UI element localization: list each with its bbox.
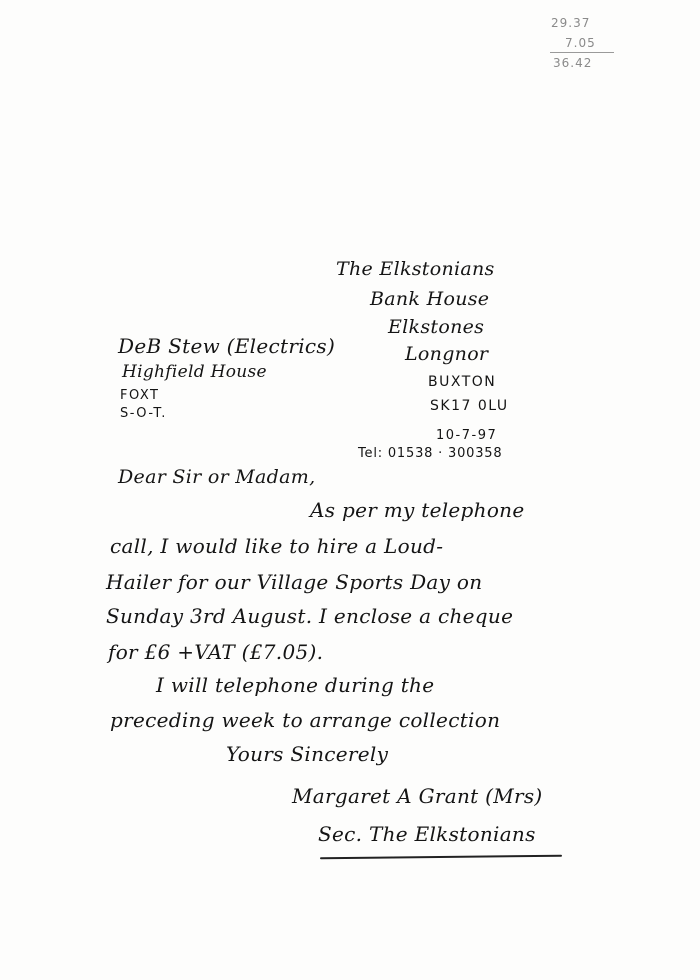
sender-line-2: Elkstones [388,316,484,338]
sender-line-1: Bank House [370,288,489,310]
body-line-5: for £6 +VAT (£7.05). [108,640,323,664]
body-line-1: As per my telephone [310,498,525,522]
recipient-line-3: S-O-T. [120,406,167,421]
body-line-3: Hailer for our Village Sports Day on [106,570,482,594]
body-line-6: I will telephone during the [156,673,434,697]
letter-date: 10-7-97 [436,428,497,443]
pencil-sum-line-2: 7.05 [565,36,596,50]
letter-page: 29.37 7.05 36.42 The Elkstonians Bank Ho… [0,0,700,980]
sender-telephone: Tel: 01538 · 300358 [358,446,502,461]
body-line-7: preceding week to arrange collection [110,708,500,732]
pencil-sum-total: 36.42 [553,56,592,70]
sender-organisation: The Elkstonians [336,258,495,280]
sender-postcode: SK17 0LU [430,398,509,414]
sender-town: BUXTON [428,374,496,390]
recipient-line-1: Highfield House [122,362,267,382]
closing: Yours Sincerely [226,742,388,766]
body-line-2: call, I would like to hire a Loud- [110,534,443,558]
signature-name: Margaret A Grant (Mrs) [292,784,543,808]
body-line-4: Sunday 3rd August. I enclose a cheque [106,604,513,628]
recipient-line-2: FOXT [120,388,160,403]
recipient-name: DeB Stew (Electrics) [118,334,335,358]
pencil-sum-rule [550,52,614,53]
sender-line-3: Longnor [405,343,488,365]
salutation: Dear Sir or Madam, [118,466,315,488]
signature-underline [320,855,562,860]
pencil-sum-line-1: 29.37 [551,16,590,30]
signature-title: Sec. The Elkstonians [318,822,536,846]
